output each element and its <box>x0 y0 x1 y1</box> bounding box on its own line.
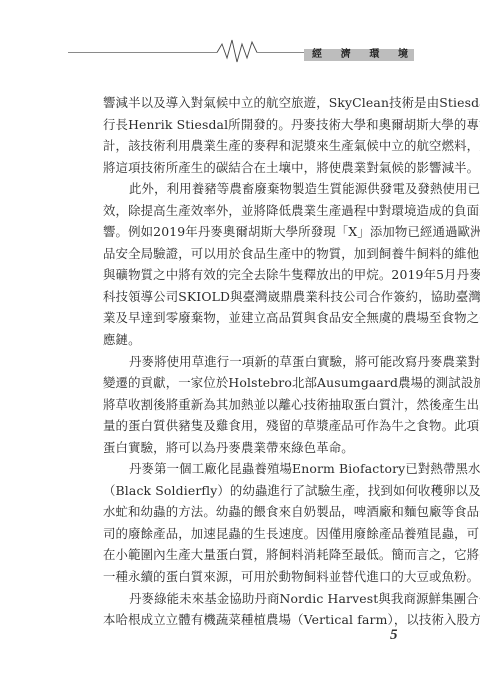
text-line: 一種永續的蛋白質來源，可用於動物飼料並替代進口的大豆或魚粉。 <box>103 566 414 588</box>
text-line: 本哈根成立立體有機蔬菜種植農場（Vertical farm），以技術入股方式投資 <box>103 609 414 631</box>
paragraph: 丹麥將使用草進行一項新的草蛋白實驗，將可能改寫丹麥農業對氣候 變遷的貢獻，一家位… <box>103 351 414 459</box>
text-line: 丹麥將使用草進行一項新的草蛋白實驗，將可能改寫丹麥農業對氣候 <box>103 351 414 373</box>
text-line: 行長Henrik Stiesdal所開發的。丹麥技術大學和奧爾胡斯大學的專家估 <box>103 114 414 136</box>
text-line: 水虻和幼蟲的方法。幼蟲的餵食來自奶製品，啤酒廠和麵包廠等食品公 <box>103 501 414 523</box>
text-line: 響減半以及導入對氣候中立的航空旅遊，SkyClean技術是由Stiesdal A… <box>103 92 414 114</box>
text-line: 丹麥第一個工廠化昆蟲養殖場Enorm Biofactory已對熱帶黑水虻 <box>103 458 414 480</box>
running-header: 經 濟 環 境 <box>68 38 414 66</box>
body-text: 響減半以及導入對氣候中立的航空旅遊，SkyClean技術是由Stiesdal A… <box>103 92 414 631</box>
text-line: 此外，利用養豬等農畜廢棄物製造生質能源供發電及發熱使用已見成 <box>103 178 414 200</box>
text-line: 應鏈。 <box>103 329 414 351</box>
section-char: 經 <box>312 49 322 61</box>
text-line: 量的蛋白質供豬隻及雞食用，殘留的草漿產品可作為牛之食物。此項草 <box>103 415 414 437</box>
text-line: 司的廢餘產品，加速昆蟲的生長速度。因僅用廢餘產品養殖昆蟲，可以 <box>103 523 414 545</box>
text-line: 與礦物質之中將有效的完全去除牛隻釋放出的甲烷。2019年5月丹麥畜產 <box>103 264 414 286</box>
text-line: 將這項技術所產生的碳結合在土壤中，將使農業對氣候的影響減半。 <box>103 157 414 179</box>
text-line: 變遷的貢獻，一家位於Holstebro北部Ausumgaard農場的測試設施，可… <box>103 372 414 394</box>
paragraph: 丹麥第一個工廠化昆蟲養殖場Enorm Biofactory已對熱帶黑水虻 （Bl… <box>103 458 414 587</box>
text-line: 科技領導公司SKIOLD與臺灣崴鼎農業科技公司合作簽約，協助臺灣畜產 <box>103 286 414 308</box>
text-line: 品安全局驗證，可以用於食品生產中的物質，加到飼養牛飼料的維他命 <box>103 243 414 265</box>
page-number: 5 <box>390 627 398 644</box>
text-line: 業及早達到零廢棄物，並建立高品質與食品安全無虞的農場至食物之供 <box>103 307 414 329</box>
text-line: 丹麥綠能未來基金協助丹商Nordic Harvest與我商源鮮集團合作在哥 <box>103 588 414 610</box>
text-line: 將草收割後將重新為其加熱並以離心技術抽取蛋白質汁，然後產生出大 <box>103 394 414 416</box>
paragraph: 此外，利用養豬等農畜廢棄物製造生質能源供發電及發熱使用已見成 效，除提高生產效率… <box>103 178 414 350</box>
section-char: 境 <box>398 49 408 61</box>
section-title-tag: 經 濟 環 境 <box>304 49 414 61</box>
text-line: 在小範圍內生產大量蛋白質，將飼料消耗降至最低。簡而言之，它將是 <box>103 544 414 566</box>
text-line: （Black Soldierfly）的幼蟲進行了試驗生產，找到如何收穫卵以及處理… <box>103 480 414 502</box>
paragraph: 響減半以及導入對氣候中立的航空旅遊，SkyClean技術是由Stiesdal A… <box>103 92 414 178</box>
section-char: 濟 <box>341 49 351 61</box>
text-line: 效，除提高生產效率外，並將降低農業生產過程中對環境造成的負面影 <box>103 200 414 222</box>
text-line: 蛋白實驗，將可以為丹麥農業帶來綠色革命。 <box>103 437 414 459</box>
text-line: 計，該技術利用農業生產的麥稈和泥漿來生產氣候中立的航空燃料，並 <box>103 135 414 157</box>
paragraph: 丹麥綠能未來基金協助丹商Nordic Harvest與我商源鮮集團合作在哥 本哈… <box>103 588 414 631</box>
section-char: 環 <box>369 49 379 61</box>
text-line: 響。例如2019年丹麥奧爾胡斯大學所發現「X」添加物已經通過歐洲食 <box>103 221 414 243</box>
